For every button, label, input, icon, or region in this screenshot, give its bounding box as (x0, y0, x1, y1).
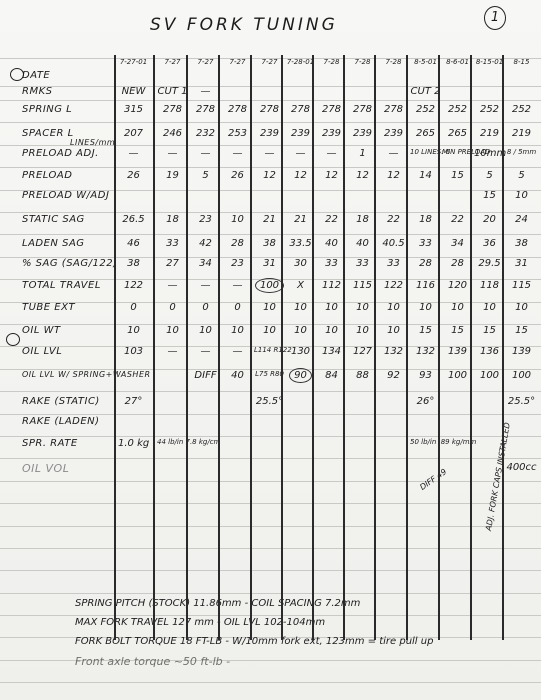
column-date: 7-27-01 (118, 58, 149, 66)
ruled-line (0, 100, 541, 101)
row-label: LADEN SAG (22, 238, 85, 249)
table-cell: 122 (378, 280, 409, 291)
column-divider (406, 55, 408, 640)
table-cell: 10 (410, 302, 441, 313)
table-cell: 31 (506, 258, 537, 269)
table-cell: 15 (410, 325, 441, 336)
note-line: Front axle torque ~50 ft-lb - (75, 655, 230, 668)
table-cell: 103 (118, 346, 149, 357)
table-cell: 0 (157, 302, 188, 313)
table-cell: — (222, 346, 253, 357)
table-cell: 10mm (474, 148, 505, 159)
table-cell: 10 (474, 302, 505, 313)
table-cell: 27 (157, 258, 188, 269)
column-date: 7-28 (378, 58, 409, 66)
row-label: OIL WT (22, 325, 61, 336)
table-cell: 93 (410, 370, 441, 381)
table-cell: 23 (190, 214, 221, 225)
page-title: SV FORK TUNING (150, 15, 338, 35)
diff-note: DIFF 49 (418, 467, 448, 492)
column-date: 8-15 (506, 58, 537, 66)
row-label: OIL LVL W/ SPRING+WASHER (22, 370, 151, 379)
table-cell: 10 (157, 325, 188, 336)
table-cell: 265 (410, 128, 441, 139)
note-value: 127 mm (169, 617, 214, 628)
table-cell: 232 (190, 128, 221, 139)
table-cell: 38 (118, 258, 149, 269)
table-cell: 253 (222, 128, 253, 139)
row-label: PRELOAD ADJ. (22, 148, 99, 159)
table-cell: 28 (222, 238, 253, 249)
ruled-line (0, 167, 541, 168)
table-cell: 315 (118, 104, 149, 115)
table-cell: — (157, 280, 188, 291)
table-cell: 10 (222, 325, 253, 336)
table-cell: 27° (118, 396, 149, 407)
note-value: 11.86mm (190, 598, 241, 609)
table-cell: 118 (474, 280, 505, 291)
column-divider (281, 55, 283, 640)
table-cell: 5 (506, 170, 537, 181)
table-cell: — (157, 148, 188, 159)
table-cell: 44 lb/in 7.8 kg/cm (157, 438, 188, 446)
column-rmks: CUT 1 (157, 86, 188, 97)
column-divider (153, 55, 155, 640)
table-cell: 42 (190, 238, 221, 249)
column-divider (470, 55, 472, 640)
table-cell: 14 (410, 170, 441, 181)
column-divider (374, 55, 376, 640)
table-cell: 0 (222, 302, 253, 313)
table-cell: 132 (410, 346, 441, 357)
table-cell: 33 (157, 238, 188, 249)
ruled-line (0, 682, 541, 683)
ruled-line (0, 503, 541, 504)
table-cell: 40 (222, 370, 253, 381)
column-divider (218, 55, 220, 640)
table-cell: 15 (474, 190, 505, 201)
table-cell: — (222, 280, 253, 291)
table-cell: 278 (190, 104, 221, 115)
column-divider (343, 55, 345, 640)
table-cell: 265 (442, 128, 473, 139)
table-cell: 278 (157, 104, 188, 115)
table-cell: 34 (190, 258, 221, 269)
table-cell: 132 (378, 346, 409, 357)
note-label: MAX FORK TRAVEL (75, 617, 169, 628)
column-rmks: — (190, 86, 221, 97)
table-cell: — (190, 148, 221, 159)
table-cell: 23 (222, 258, 253, 269)
table-cell: 5 (190, 170, 221, 181)
table-cell: 116 (410, 280, 441, 291)
table-cell: 22 (442, 214, 473, 225)
row-label: SPACER L (22, 128, 74, 139)
table-cell: 26 (118, 170, 149, 181)
table-cell: 122 (118, 280, 149, 291)
table-cell: — (118, 148, 149, 159)
binder-hole-icon (6, 333, 20, 346)
note-extra: - W/10mm fork ext, 123mm = tire pull up (222, 636, 433, 647)
table-cell: 40.5 (378, 238, 409, 249)
column-date: 8-6-01 (442, 58, 473, 66)
note-label: FORK BOLT TORQUE (75, 636, 177, 647)
table-cell: 139 (442, 346, 473, 357)
row-label: SPR. RATE (22, 438, 78, 449)
table-cell: 10 (118, 325, 149, 336)
table-cell: 278 (378, 104, 409, 115)
column-divider (438, 55, 440, 640)
row-label: RAKE (STATIC) (22, 396, 100, 407)
column-date: 8-5-01 (410, 58, 441, 66)
column-divider (114, 55, 116, 640)
table-cell: 10 (506, 190, 537, 201)
table-cell: 25.5° (506, 396, 537, 407)
table-cell: — (190, 346, 221, 357)
table-cell: — (222, 148, 253, 159)
row-label: PRELOAD (22, 170, 72, 181)
table-cell: 34 (442, 238, 473, 249)
table-cell: 246 (157, 128, 188, 139)
note-label: SPRING PITCH (STOCK) (75, 598, 190, 609)
table-cell: 120 (442, 280, 473, 291)
ruled-line (0, 481, 541, 482)
table-cell: — (378, 148, 409, 159)
column-date: 7-27 (222, 58, 253, 66)
table-cell: 20 (474, 214, 505, 225)
row-label: OIL VOL (22, 462, 69, 475)
table-cell: 10 (190, 325, 221, 336)
table-cell: 100 (442, 370, 473, 381)
table-cell: — (190, 280, 221, 291)
table-cell: 5 (474, 170, 505, 181)
table-cell: 26.5 (118, 214, 149, 225)
ruled-line (0, 436, 541, 437)
table-cell: 28 (442, 258, 473, 269)
table-cell: 24 (506, 214, 537, 225)
note-extra: - OIL LVL 102-104mm (214, 617, 325, 628)
table-cell: 115 (506, 280, 537, 291)
row-label: RMKS (22, 86, 52, 97)
column-rmks: CUT 2 (410, 86, 441, 97)
table-cell: 38 (506, 238, 537, 249)
column-date: 8-15-01 (474, 58, 505, 66)
row-label: RAKE (LADEN) (22, 416, 100, 427)
table-cell: 278 (222, 104, 253, 115)
row-label: OIL LVL (22, 346, 62, 357)
table-cell: 26° (410, 396, 441, 407)
ruled-line (0, 212, 541, 213)
row-label: STATIC SAG (22, 214, 85, 225)
row-label: TOTAL TRAVEL (22, 280, 101, 291)
table-cell: 22 (378, 214, 409, 225)
table-cell: 10 (442, 302, 473, 313)
table-cell: 0 (190, 302, 221, 313)
table-cell: MIN PRELOAD (442, 148, 473, 156)
table-cell: 10 (378, 325, 409, 336)
table-cell: 10 (506, 302, 537, 313)
table-cell: 10 (378, 302, 409, 313)
ruled-line (0, 570, 541, 571)
table-cell: 15 (474, 325, 505, 336)
table-cell: 100 (506, 370, 537, 381)
table-cell: 28 (410, 258, 441, 269)
table-cell: 18 (410, 214, 441, 225)
table-cell: 29.5 (474, 258, 505, 269)
table-cell: 252 (474, 104, 505, 115)
row-label: TUBE EXT (22, 302, 75, 313)
table-cell: 12 (378, 170, 409, 181)
adj-fork-caps-note: ADJ. FORK CAPS INSTALLED (484, 422, 512, 532)
table-cell: 219 (474, 128, 505, 139)
ruled-line (0, 458, 541, 459)
ruled-line (0, 234, 541, 235)
table-cell: 26 (222, 170, 253, 181)
ruled-line (0, 122, 541, 123)
column-divider (186, 55, 188, 640)
row-label: DATE (22, 70, 50, 81)
ruled-line (0, 593, 541, 594)
table-cell: 252 (442, 104, 473, 115)
table-cell: 10 LINES: 6 (410, 148, 441, 156)
table-cell: 139 (506, 346, 537, 357)
table-cell: 0 (118, 302, 149, 313)
table-cell: 33 (378, 258, 409, 269)
table-cell: 252 (506, 104, 537, 115)
column-divider (312, 55, 314, 640)
row-label: PRELOAD W/ADJ (22, 190, 109, 201)
table-cell: 400cc (506, 462, 537, 473)
table-cell: 15 (442, 170, 473, 181)
column-date: 7-27 (190, 58, 221, 66)
table-cell: 15 (442, 325, 473, 336)
note-line: MAX FORK TRAVEL 127 mm - OIL LVL 102-104… (75, 617, 325, 628)
table-cell: 207 (118, 128, 149, 139)
ruled-line (0, 548, 541, 549)
ruled-line (0, 615, 541, 616)
table-cell: 8 / 5mm (506, 148, 537, 156)
table-cell: 50 lb/in .89 kg/mm (410, 438, 441, 446)
table-cell: 219 (506, 128, 537, 139)
table-cell: 239 (378, 128, 409, 139)
page-number: 1 (484, 6, 506, 30)
table-cell: 100 (474, 370, 505, 381)
ruled-line (0, 391, 541, 392)
note-label: Front axle torque ~50 ft-lb - (75, 655, 230, 668)
column-divider (250, 55, 252, 640)
row-label: % SAG (SAG/122) (22, 258, 118, 269)
column-date: 7-27 (157, 58, 188, 66)
table-cell: 10 (222, 214, 253, 225)
row-sublabel: LINES/mm (70, 138, 115, 147)
row-label: SPRING L (22, 104, 72, 115)
table-cell: 36 (474, 238, 505, 249)
table-cell: 19 (157, 170, 188, 181)
ruled-line (0, 414, 541, 415)
notebook-page: SV FORK TUNING 1 DATE7-27-017-277-277-27… (0, 0, 541, 700)
note-value: 18 FT-LB (177, 636, 223, 647)
table-cell: 18 (157, 214, 188, 225)
column-divider (502, 55, 504, 640)
table-cell: 252 (410, 104, 441, 115)
table-cell: 46 (118, 238, 149, 249)
table-cell: 15 (506, 325, 537, 336)
column-rmks: NEW (118, 86, 149, 97)
ruled-line (0, 86, 541, 87)
table-cell: 136 (474, 346, 505, 357)
ruled-line (0, 526, 541, 527)
note-line: FORK BOLT TORQUE 18 FT-LB - W/10mm fork … (75, 636, 433, 647)
table-cell: DIFF (190, 370, 221, 381)
table-cell: — (157, 346, 188, 357)
table-cell: 1.0 kg (118, 438, 149, 449)
table-cell: 92 (378, 370, 409, 381)
table-cell: 33 (410, 238, 441, 249)
